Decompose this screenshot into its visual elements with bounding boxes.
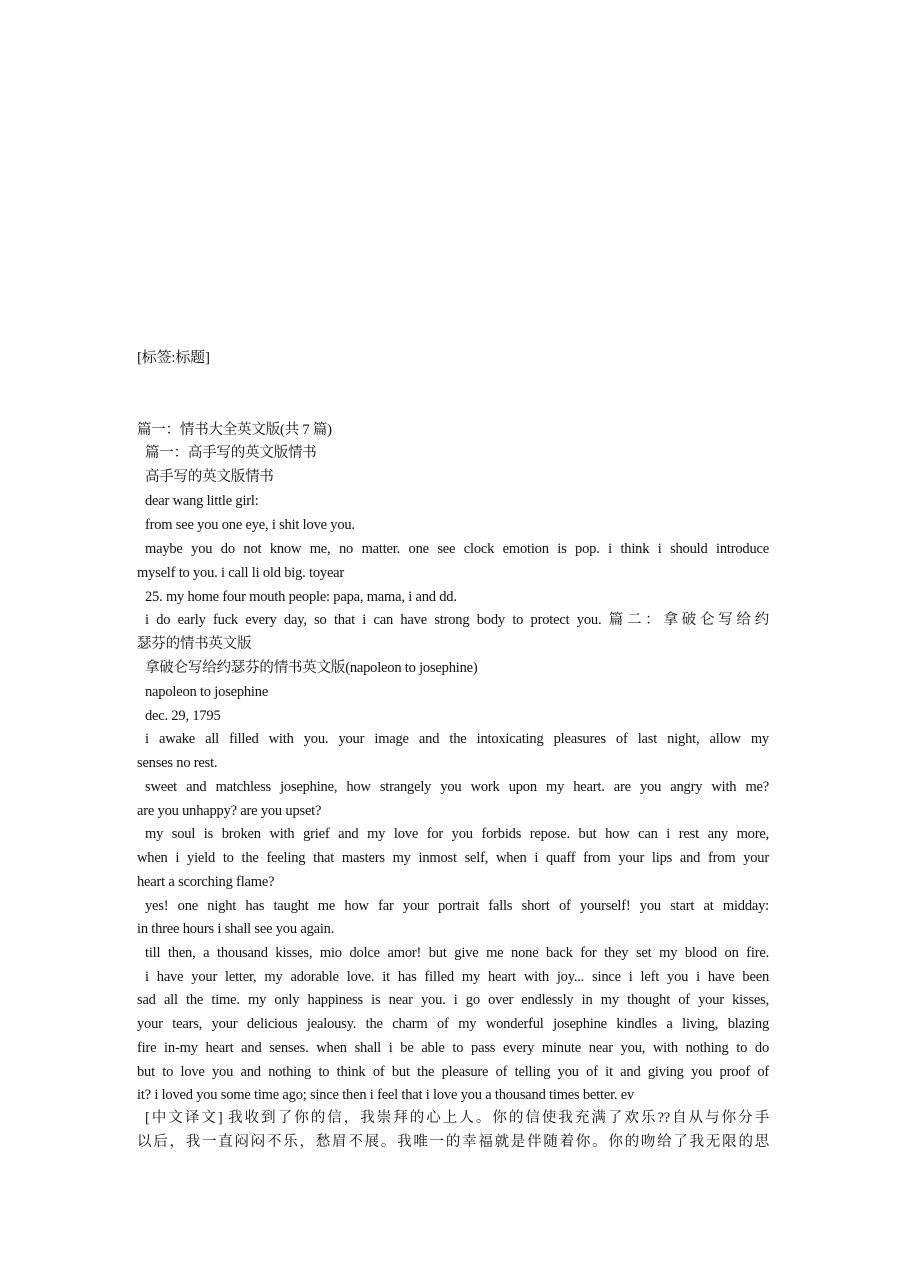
tag-label: [标签:标题] <box>137 348 210 368</box>
text-line: myself to you. i call li old big. toyear <box>137 563 344 583</box>
text-line: my soul is broken with grief and my love… <box>137 824 769 844</box>
text-line: fire in-my heart and senses. when shall … <box>137 1038 769 1058</box>
article-title-2: 拿破仑写给约瑟芬的情书英文版(napoleon to josephine) <box>137 658 478 678</box>
text-line: from see you one eye, i shit love you. <box>137 515 355 535</box>
text-line: yes! one night has taught me how far you… <box>137 896 769 916</box>
text-line: i awake all filled with you. your image … <box>137 729 769 749</box>
text-line: till then, a thousand kisses, mio dolce … <box>137 943 769 963</box>
text-line: it? i loved you some time ago; since the… <box>137 1085 634 1105</box>
article-title-1: 高手写的英文版情书 <box>137 467 274 487</box>
text-line: maybe you do not know me, no matter. one… <box>137 539 769 559</box>
letter-date: dec. 29, 1795 <box>137 706 221 726</box>
letter-heading: napoleon to josephine <box>137 682 268 702</box>
text-line: i have your letter, my adorable love. it… <box>137 967 769 987</box>
text-line: are you unhappy? are you upset? <box>137 801 321 821</box>
chinese-translation-line: [中文译文] 我收到了你的信，我崇拜的心上人。你的信使我充满了欢乐??自从与你分… <box>137 1108 769 1128</box>
article-heading-2-cont: 瑟芬的情书英文版 <box>137 634 251 654</box>
section-heading: 篇一：情书大全英文版(共 7 篇) <box>137 420 332 440</box>
text-line: 25. my home four mouth people: papa, mam… <box>137 587 457 607</box>
text-line: when i yield to the feeling that masters… <box>137 848 769 868</box>
text-line: sweet and matchless josephine, how stran… <box>137 777 769 797</box>
text-line: sad all the time. my only happiness is n… <box>137 990 769 1010</box>
article-heading-1: 篇一：高手写的英文版情书 <box>137 443 317 463</box>
chinese-translation-line: 以后，我一直闷闷不乐，愁眉不展。我唯一的幸福就是伴随着你。你的吻给了我无限的思 <box>137 1132 769 1152</box>
text-line: your tears, your delicious jealousy. the… <box>137 1014 769 1034</box>
text-line: senses no rest. <box>137 753 217 773</box>
text-line: heart a scorching flame? <box>137 872 274 892</box>
text-line: in three hours i shall see you again. <box>137 919 334 939</box>
text-line: but to love you and nothing to think of … <box>137 1062 769 1082</box>
text-line: i do early fuck every day, so that i can… <box>137 610 769 630</box>
text-line: dear wang little girl: <box>137 491 259 511</box>
